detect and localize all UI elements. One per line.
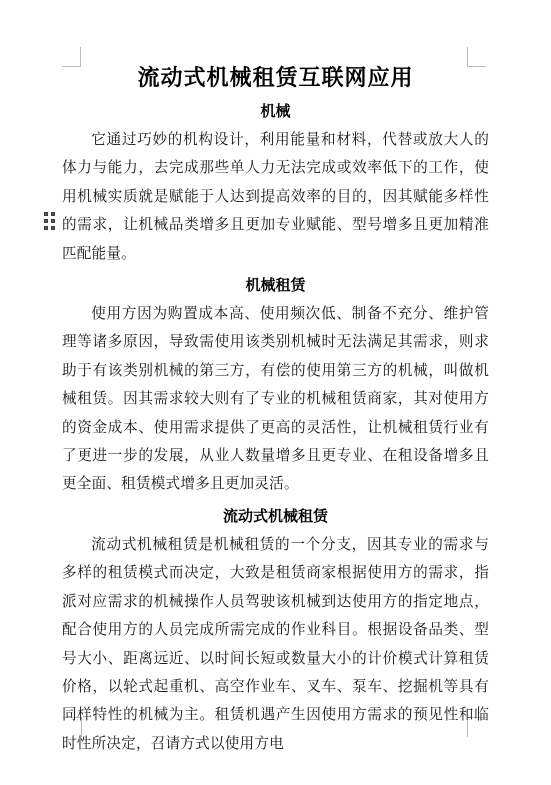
section-heading-machinery-rental: 机械租赁	[62, 272, 489, 300]
document-page: 流动式机械租赁互联网应用 机械 它通过巧妙的机构设计，利用能量和材料，代替或放大…	[0, 0, 551, 785]
section-paragraph-machinery-rental: 使用方因为购置成本高、使用频次低、制备不充分、维护管理等诸多原因，导致需使用该类…	[62, 300, 489, 499]
section-paragraph-mobile-machinery-rental: 流动式机械租赁是机械租赁的一个分支，因其专业的需求与多样的租赁模式而决定，大致是…	[62, 531, 489, 758]
section-paragraph-machinery: 它通过巧妙的机构设计，利用能量和材料，代替或放大人的体力与能力，去完成那些单人力…	[62, 126, 489, 268]
document-content: 流动式机械租赁互联网应用 机械 它通过巧妙的机构设计，利用能量和材料，代替或放大…	[62, 62, 489, 758]
section-heading-mobile-machinery-rental: 流动式机械租赁	[62, 503, 489, 531]
document-title: 流动式机械租赁互联网应用	[62, 62, 489, 94]
section-heading-machinery: 机械	[62, 98, 489, 126]
drag-handle-dots-icon[interactable]	[44, 212, 55, 230]
